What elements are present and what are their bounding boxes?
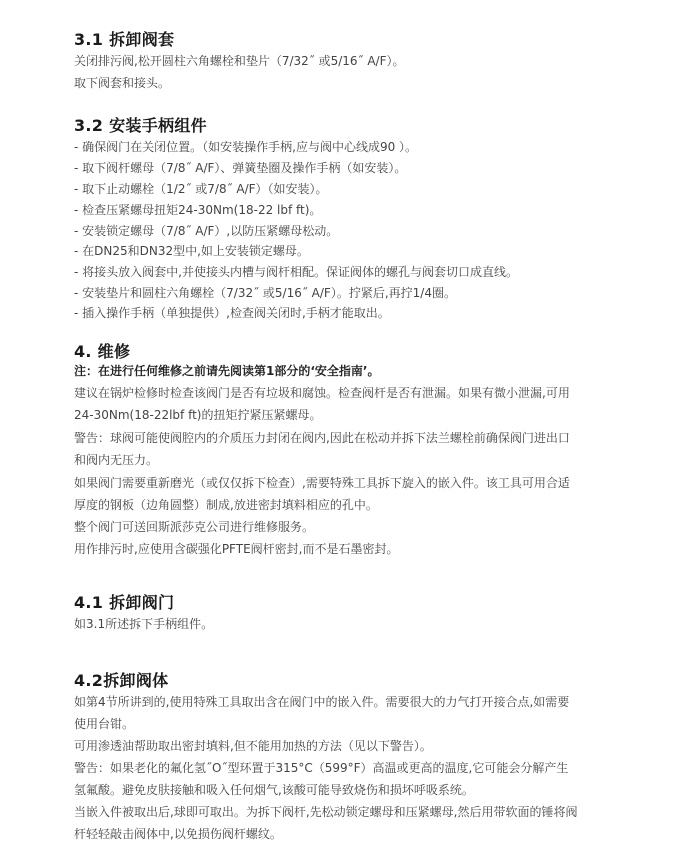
safety-note: 注：在进行任何维修之前请先阅读第1部分的‘安全指南’。 [74,363,379,379]
section-heading-4: 4. 维修 [74,339,130,362]
list-item: - 安装锁定螺母（7/8˝ A/F）,以防压紧螺母松动。 [74,223,338,239]
list-item: - 将接头放入阀套中,并使接头内槽与阀杆相配。保证阀体的螺孔与阀套切口成直线。 [74,264,518,280]
paragraph-line: 建议在锅炉检修时检查该阀门是否有垃圾和腐蚀。检查阀杆是否有泄漏。如果有微小泄漏,… [74,385,570,401]
section-heading-4-2: 4.2拆卸阀体 [74,668,168,691]
paragraph-line: 厚度的钢板（边角圆整）制成,放进密封填料相应的孔中。 [74,497,378,513]
list-item: - 检查压紧螺母扭矩24-30Nm(18-22 lbf ft)。 [74,202,321,218]
paragraph-line: 取下阀套和接头。 [74,75,170,91]
warning-line: 警告：球阀可能使阀腔内的介质压力封闭在阀内,因此在松动并拆下法兰螺栓前确保阀门进… [74,430,570,446]
section-heading-4-1: 4.1 拆卸阀门 [74,590,174,613]
list-item: - 取下阀杆螺母（7/8˝ A/F）、弹簧垫圈及操作手柄（如安装）。 [74,160,406,176]
paragraph-line: 整个阀门可送回斯派莎克公司进行维修服务。 [74,519,314,535]
section-heading-3-1: 3.1 拆卸阀套 [74,27,174,50]
warning-line: 和阀内无压力。 [74,452,158,468]
paragraph-line: 24-30Nm(18-22lbf ft)的扭矩拧紧压紧螺母。 [74,407,321,423]
paragraph-line: 如3.1所述拆下手柄组件。 [74,616,213,632]
warning-line: 氢氟酸。避免皮肤接触和吸入任何烟气,该酸可能导致烧伤和损坏呼吸系统。 [74,782,474,798]
paragraph-line: 杆轻轻敲击阀体中,以免损伤阀杆螺纹。 [74,826,282,842]
paragraph-line: 用作排污时,应使用含碳强化PFTE阀杆密封,而不是石墨密封。 [74,541,398,557]
list-item: - 确保阀门在关闭位置。（如安装操作手柄,应与阀中心线成90 ）。 [74,139,417,155]
paragraph-line: 使用台钳。 [74,716,134,732]
paragraph-line: 关闭排污阀,松开圆柱六角螺栓和垫片（7/32˝ 或5/16˝ A/F）。 [74,53,405,69]
list-item: - 在DN25和DN32型中,如上安装锁定螺母。 [74,243,309,259]
section-heading-3-2: 3.2 安装手柄组件 [74,113,207,136]
paragraph-line: 可用渗透油帮助取出密封填料,但不能用加热的方法（见以下警告）。 [74,738,432,754]
list-item: - 安装垫片和圆柱六角螺栓（7/32˝ 或5/16˝ A/F）。拧紧后,再拧1/… [74,285,456,301]
list-item: - 插入操作手柄（单独提供）,检查阀关闭时,手柄才能取出。 [74,305,390,321]
paragraph-line: 当嵌入件被取出后,球即可取出。为拆下阀杆,先松动锁定螺母和压紧螺母,然后用带软面… [74,804,577,820]
paragraph-line: 如果阀门需要重新磨光（或仅仅拆下检查）,需要特殊工具拆下旋入的嵌入件。该工具可用… [74,475,570,491]
warning-line: 警告：如果老化的氟化氢˝O˝型环置于315°C（599°F）高温或更高的温度,它… [74,760,568,776]
list-item: - 取下止动螺栓（1/2˝ 或7/8˝ A/F）（如安装）。 [74,181,328,197]
paragraph-line: 如第4节所讲到的,使用特殊工具取出含在阀门中的嵌入件。需要很大的力气打开接合点,… [74,694,569,710]
